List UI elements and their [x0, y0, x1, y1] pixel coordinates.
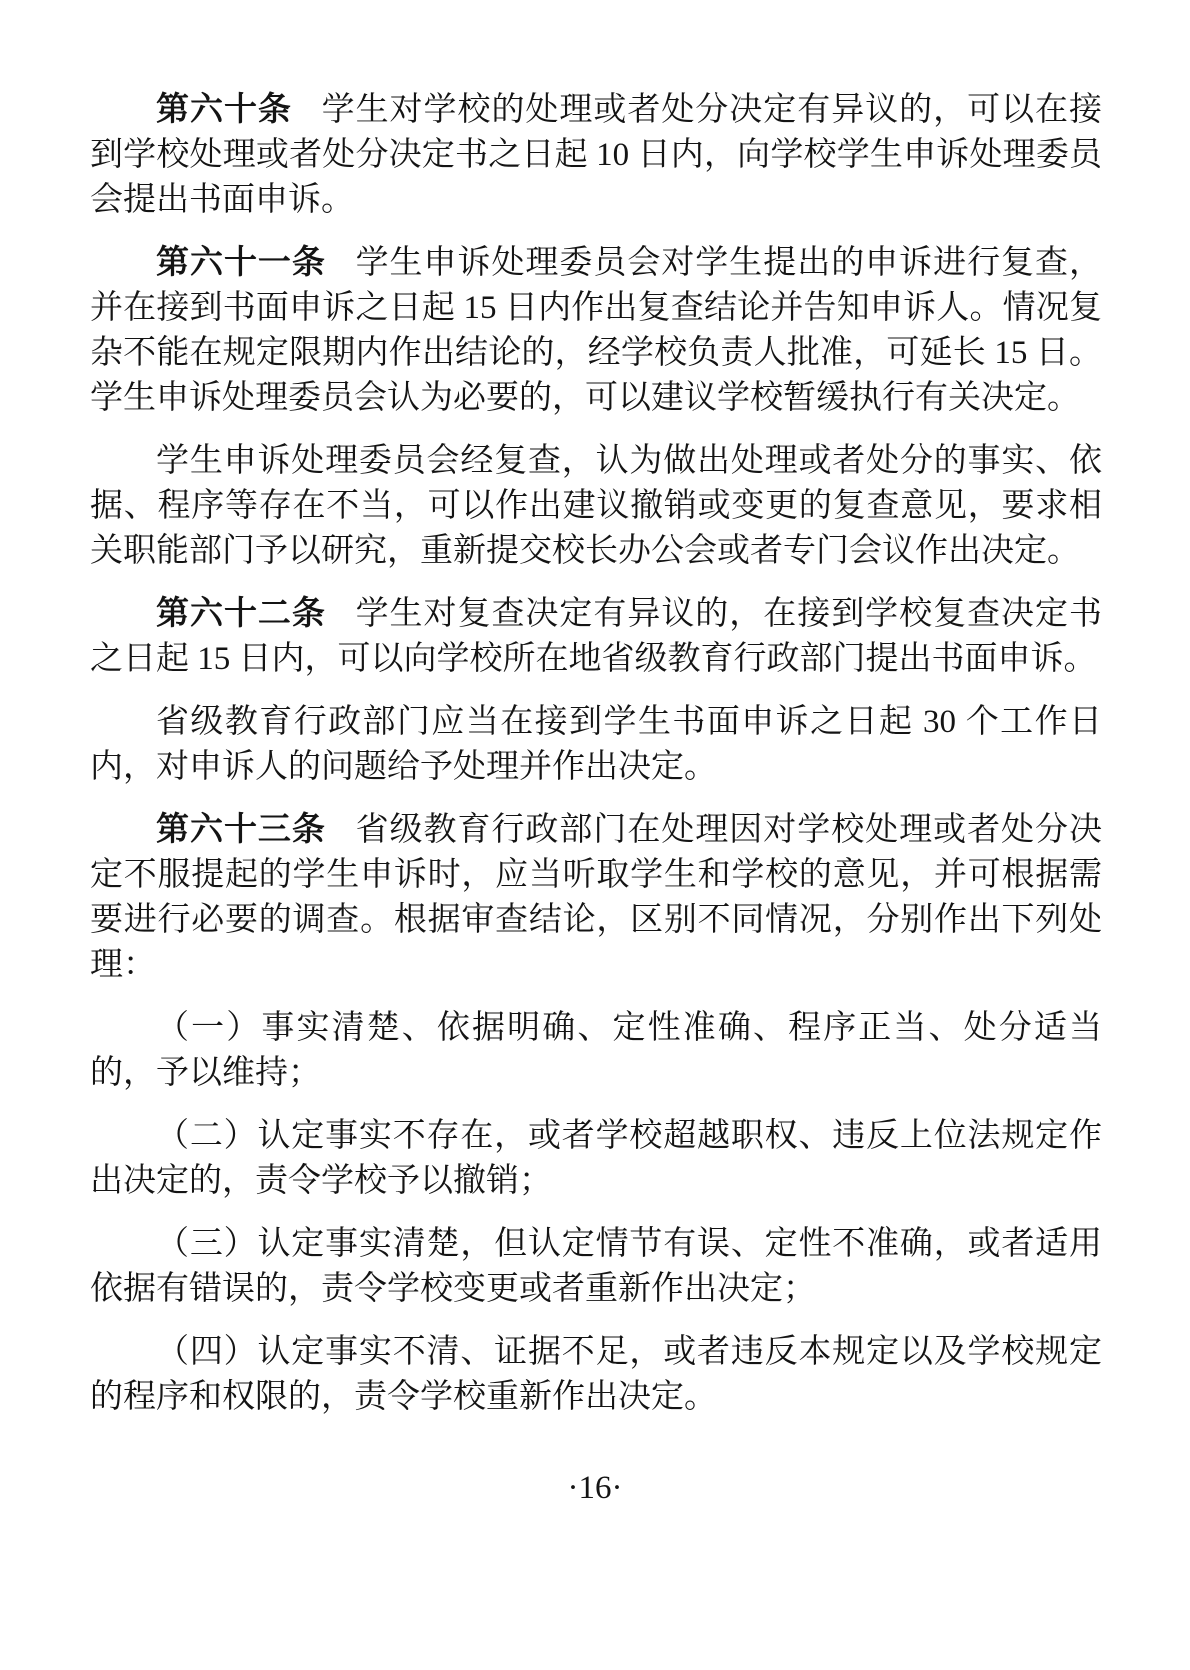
- paragraph-article-63: 第六十三条省级教育行政部门在处理因对学校处理或者处分决定不服提起的学生申诉时，应…: [90, 808, 1102, 988]
- paragraph-article-61: 第六十一条学生申诉处理委员会对学生提出的申诉进行复查，并在接到书面申诉之日起 1…: [90, 241, 1102, 421]
- page-number: ·16·: [0, 1466, 1190, 1511]
- paragraph-article-61-clause-2: 学生申诉处理委员会经复查，认为做出处理或者处分的事实、依据、程序等存在不当，可以…: [90, 439, 1102, 574]
- list-item-2: （二）认定事实不存在，或者学校超越职权、违反上位法规定作出决定的，责令学校予以撤…: [90, 1114, 1102, 1204]
- document-page: 第六十条学生对学校的处理或者处分决定有异议的，可以在接到学校处理或者处分决定书之…: [0, 0, 1190, 1670]
- article-61-clause-2-text: 学生申诉处理委员会经复查，认为做出处理或者处分的事实、依据、程序等存在不当，可以…: [90, 443, 1102, 569]
- article-62-number: 第六十二条: [156, 596, 326, 632]
- article-61-number: 第六十一条: [156, 245, 326, 281]
- article-62-clause-2-text: 省级教育行政部门应当在接到学生书面申诉之日起 30 个工作日内，对申诉人的问题给…: [90, 704, 1102, 785]
- paragraph-article-62-clause-2: 省级教育行政部门应当在接到学生书面申诉之日起 30 个工作日内，对申诉人的问题给…: [90, 700, 1102, 790]
- list-item-3-text: （三）认定事实清楚，但认定情节有误、定性不准确，或者适用依据有错误的，责令学校变…: [90, 1226, 1102, 1307]
- paragraph-article-62: 第六十二条学生对复查决定有异议的，在接到学校复查决定书之日起 15 日内，可以向…: [90, 592, 1102, 682]
- list-item-2-text: （二）认定事实不存在，或者学校超越职权、违反上位法规定作出决定的，责令学校予以撤…: [90, 1118, 1102, 1199]
- article-60-number: 第六十条: [156, 92, 292, 128]
- list-item-1-text: （一）事实清楚、依据明确、定性准确、程序正当、处分适当的，予以维持；: [90, 1010, 1102, 1091]
- paragraph-article-60: 第六十条学生对学校的处理或者处分决定有异议的，可以在接到学校处理或者处分决定书之…: [90, 88, 1102, 223]
- list-item-1: （一）事实清楚、依据明确、定性准确、程序正当、处分适当的，予以维持；: [90, 1006, 1102, 1096]
- article-63-number: 第六十三条: [156, 812, 326, 848]
- list-item-4-text: （四）认定事实不清、证据不足，或者违反本规定以及学校规定的程序和权限的，责令学校…: [90, 1334, 1102, 1415]
- list-item-4: （四）认定事实不清、证据不足，或者违反本规定以及学校规定的程序和权限的，责令学校…: [90, 1330, 1102, 1420]
- document-body: 第六十条学生对学校的处理或者处分决定有异议的，可以在接到学校处理或者处分决定书之…: [0, 0, 1190, 1420]
- list-item-3: （三）认定事实清楚，但认定情节有误、定性不准确，或者适用依据有错误的，责令学校变…: [90, 1222, 1102, 1312]
